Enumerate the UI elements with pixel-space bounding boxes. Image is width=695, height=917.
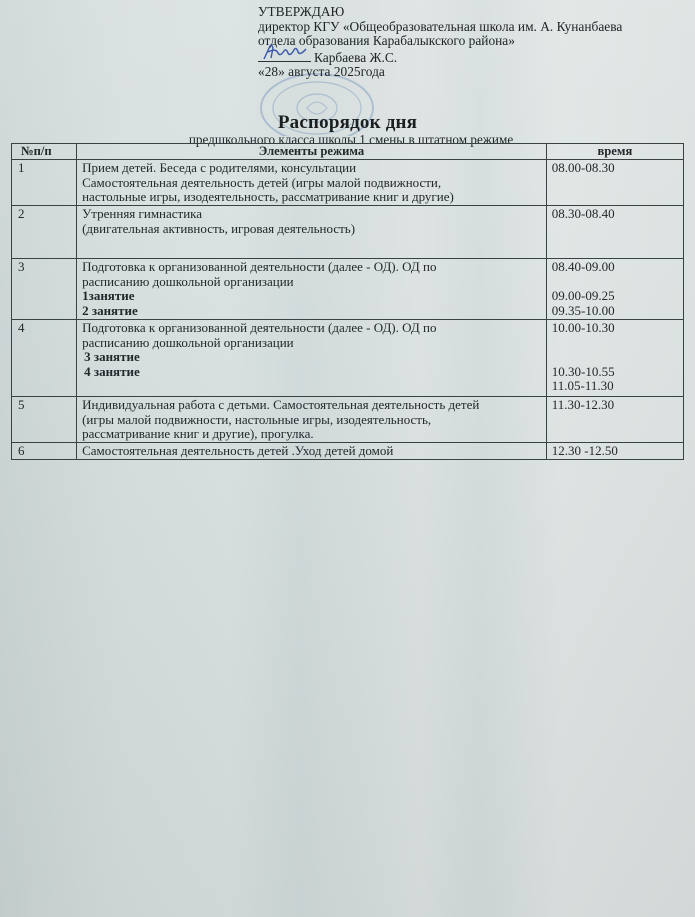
row-text-line: рассматривание книг и другие), прогулка. (82, 427, 546, 442)
row-elements: Самостоятельная деятельность детей .Уход… (77, 443, 547, 460)
row-elements: Подготовка к организованной деятельности… (77, 259, 547, 320)
time-range: 11.30-12.30 (552, 398, 683, 413)
row-time: 08.00-08.30 (546, 160, 683, 206)
table-row: 3 Подготовка к организованной деятельнос… (12, 259, 684, 320)
row-time: 08.30-08.40 (546, 206, 683, 259)
page-title: Распорядок дня (0, 112, 695, 134)
row-num: 5 (12, 397, 77, 443)
time-range: 10.30-10.55 (552, 365, 683, 380)
row-num: 3 (12, 259, 77, 320)
approval-heading: УТВЕРЖДАЮ (258, 5, 622, 20)
row-text-line: расписанию дошкольной организации (82, 336, 546, 351)
signature-icon (260, 43, 310, 63)
header-elements: Элементы режима (77, 144, 547, 160)
row-text-line: (игры малой подвижности, настольные игры… (82, 413, 546, 428)
session-label: 3 занятие (82, 350, 546, 365)
row-time: 11.30-12.30 (546, 397, 683, 443)
table-row: 1 Прием детей. Беседа с родителями, конс… (12, 160, 684, 206)
row-text-line: Самостоятельная деятельность детей .Уход… (82, 444, 546, 459)
row-elements: Утренняя гимнастика (двигательная активн… (77, 206, 547, 259)
approval-line-2: отдела образования Карабалыкского района… (258, 34, 622, 49)
table-header-row: №п/п Элементы режима время (12, 144, 684, 160)
approval-signer-line: Карбаева Ж.С. (258, 49, 622, 66)
time-range: 10.00-10.30 (552, 321, 683, 336)
time-range: 09.00-09.25 (552, 289, 683, 304)
table-row: 5 Индивидуальная работа с детьми. Самост… (12, 397, 684, 443)
time-range: 08.40-09.00 (552, 260, 683, 275)
row-text-line: настольные игры, изодеятельность, рассма… (82, 190, 546, 205)
time-range: 12.30 -12.50 (552, 444, 683, 459)
header-time: время (546, 144, 683, 160)
row-text-line: Подготовка к организованной деятельности… (82, 321, 546, 336)
row-text-line: Самостоятельная деятельность детей (игры… (82, 176, 546, 191)
row-text-line: Утренняя гимнастика (82, 207, 546, 222)
table-row: 6 Самостоятельная деятельность детей .Ух… (12, 443, 684, 460)
session-label: 4 занятие (82, 365, 546, 380)
row-text-line: Прием детей. Беседа с родителями, консул… (82, 161, 546, 176)
approval-block: УТВЕРЖДАЮ директор КГУ «Общеобразователь… (258, 5, 622, 80)
session-label: 1занятие (82, 289, 546, 304)
time-range: 09.35-10.00 (552, 304, 683, 319)
row-num: 1 (12, 160, 77, 206)
table-row: 2 Утренняя гимнастика (двигательная акти… (12, 206, 684, 259)
row-time: 12.30 -12.50 (546, 443, 683, 460)
session-label: 2 занятие (82, 304, 546, 319)
approval-line-1: директор КГУ «Общеобразовательная школа … (258, 20, 622, 35)
approval-signer: Карбаева Ж.С. (314, 50, 397, 65)
row-text-line: Индивидуальная работа с детьми. Самостоя… (82, 398, 546, 413)
row-num: 4 (12, 320, 77, 397)
row-num: 6 (12, 443, 77, 460)
schedule-table: №п/п Элементы режима время 1 Прием детей… (11, 143, 684, 460)
time-range: 08.30-08.40 (552, 207, 683, 222)
row-elements: Подготовка к организованной деятельности… (77, 320, 547, 397)
row-text-line: расписанию дошкольной организации (82, 275, 546, 290)
row-time: 08.40-09.00 09.00-09.25 09.35-10.00 (546, 259, 683, 320)
row-elements: Прием детей. Беседа с родителями, консул… (77, 160, 547, 206)
row-time: 10.00-10.30 10.30-10.55 11.05-11.30 (546, 320, 683, 397)
row-text-line: Подготовка к организованной деятельности… (82, 260, 546, 275)
header-num: №п/п (12, 144, 77, 160)
row-text-line: (двигательная активность, игровая деятел… (82, 222, 546, 237)
row-num: 2 (12, 206, 77, 259)
row-elements: Индивидуальная работа с детьми. Самостоя… (77, 397, 547, 443)
signature-line (258, 49, 311, 62)
time-range: 08.00-08.30 (552, 161, 683, 176)
table-row: 4 Подготовка к организованной деятельнос… (12, 320, 684, 397)
time-range: 11.05-11.30 (552, 379, 683, 394)
approval-date: «28» августа 2025года (258, 65, 622, 80)
